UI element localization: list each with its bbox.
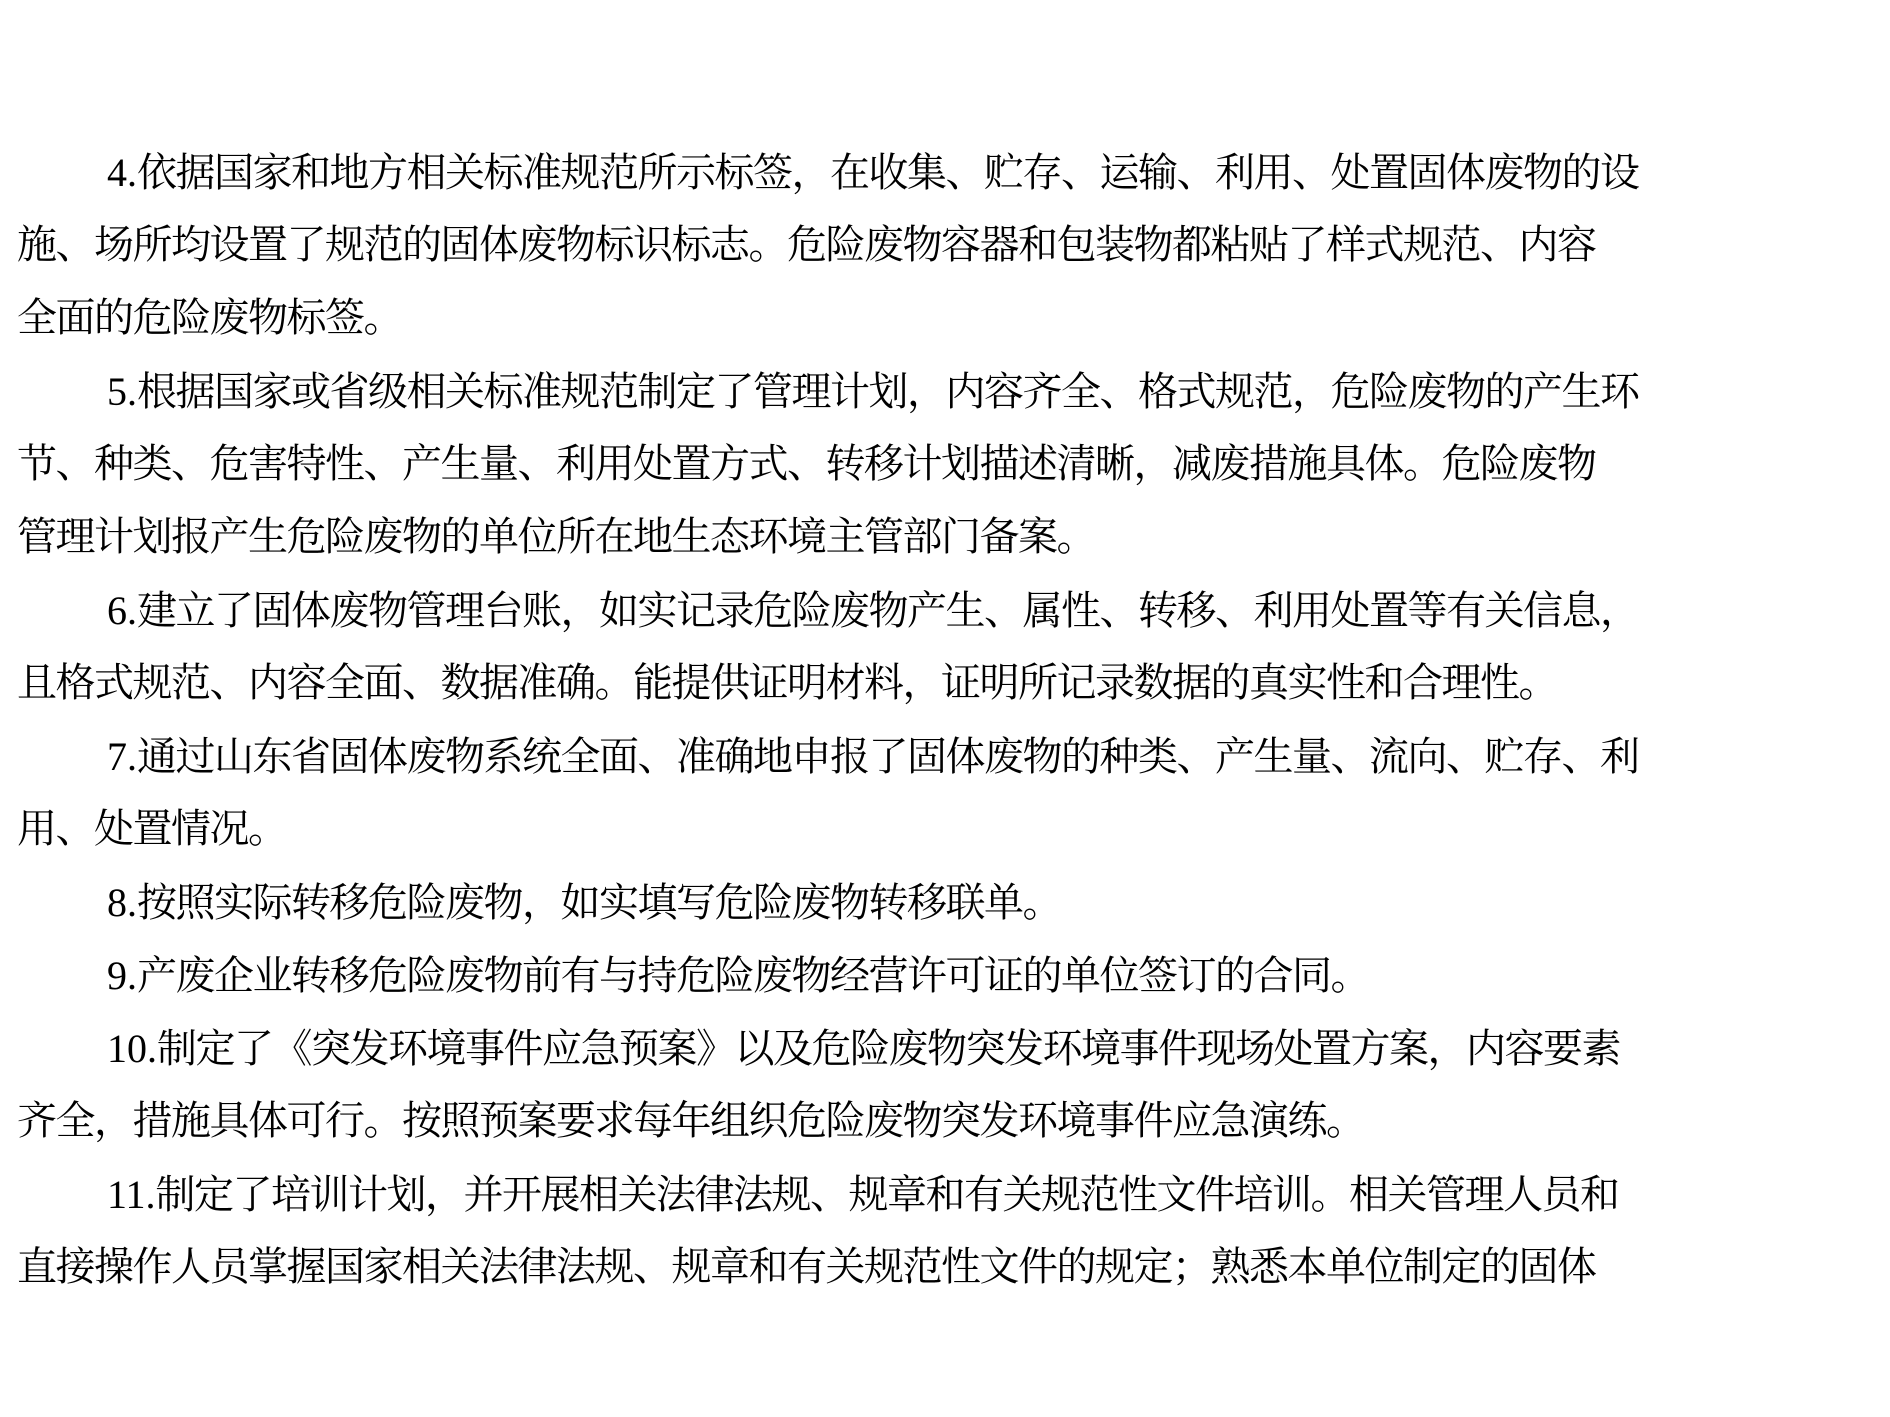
paragraph-number: 9. — [107, 953, 137, 998]
text-line: 5.根据国家或省级相关标准规范制定了管理计划，内容齐全、格式规范，危险废物的产生… — [17, 355, 1875, 428]
document-page: 4.依据国家和地方相关标准规范所示标签，在收集、贮存、运输、利用、处置固体废物的… — [17, 136, 1875, 1304]
text-line: 6.建立了固体废物管理台账，如实记录危险废物产生、属性、转移、利用处置等有关信息… — [17, 574, 1875, 647]
text-line: 用、处置情况。 — [17, 793, 1875, 866]
paragraph-10: 10.制定了《突发环境事件应急预案》以及危险废物突发环境事件现场处置方案，内容要… — [17, 1012, 1875, 1158]
text-line: 9.产废企业转移危险废物前有与持危险废物经营许可证的单位签订的合同。 — [17, 939, 1875, 1012]
paragraph-11: 11.制定了培训计划，并开展相关法律法规、规章和有关规范性文件培训。相关管理人员… — [17, 1158, 1875, 1304]
paragraph-5: 5.根据国家或省级相关标准规范制定了管理计划，内容齐全、格式规范，危险废物的产生… — [17, 355, 1875, 574]
text-line: 10.制定了《突发环境事件应急预案》以及危险废物突发环境事件现场处置方案，内容要… — [17, 1012, 1875, 1085]
paragraph-number: 8. — [107, 880, 137, 925]
text-line: 齐全，措施具体可行。按照预案要求每年组织危险废物突发环境事件应急演练。 — [17, 1085, 1875, 1158]
paragraph-4: 4.依据国家和地方相关标准规范所示标签，在收集、贮存、运输、利用、处置固体废物的… — [17, 136, 1875, 355]
paragraph-number: 11. — [107, 1172, 156, 1217]
paragraph-number: 5. — [107, 369, 137, 414]
paragraph-number: 4. — [107, 150, 137, 195]
text-line: 且格式规范、内容全面、数据准确。能提供证明材料，证明所记录数据的真实性和合理性。 — [17, 647, 1875, 720]
paragraph-number: 10. — [107, 1026, 157, 1071]
paragraph-7: 7.通过山东省固体废物系统全面、准确地申报了固体废物的种类、产生量、流向、贮存、… — [17, 720, 1875, 866]
text-line: 直接操作人员掌握国家相关法律法规、规章和有关规范性文件的规定；熟悉本单位制定的固… — [17, 1231, 1875, 1304]
paragraph-8: 8.按照实际转移危险废物，如实填写危险废物转移联单。 — [17, 866, 1875, 939]
text-line: 管理计划报产生危险废物的单位所在地生态环境主管部门备案。 — [17, 501, 1875, 574]
text-line: 7.通过山东省固体废物系统全面、准确地申报了固体废物的种类、产生量、流向、贮存、… — [17, 720, 1875, 793]
paragraph-9: 9.产废企业转移危险废物前有与持危险废物经营许可证的单位签订的合同。 — [17, 939, 1875, 1012]
text-line: 11.制定了培训计划，并开展相关法律法规、规章和有关规范性文件培训。相关管理人员… — [17, 1158, 1875, 1231]
text-line: 8.按照实际转移危险废物，如实填写危险废物转移联单。 — [17, 866, 1875, 939]
paragraph-number: 6. — [107, 588, 137, 633]
paragraph-6: 6.建立了固体废物管理台账，如实记录危险废物产生、属性、转移、利用处置等有关信息… — [17, 574, 1875, 720]
paragraph-number: 7. — [107, 734, 137, 779]
text-line: 全面的危险废物标签。 — [17, 282, 1875, 355]
text-line: 节、种类、危害特性、产生量、利用处置方式、转移计划描述清晰，减废措施具体。危险废… — [17, 428, 1875, 501]
text-line: 施、场所均设置了规范的固体废物标识标志。危险废物容器和包装物都粘贴了样式规范、内… — [17, 209, 1875, 282]
text-line: 4.依据国家和地方相关标准规范所示标签，在收集、贮存、运输、利用、处置固体废物的… — [17, 136, 1875, 209]
